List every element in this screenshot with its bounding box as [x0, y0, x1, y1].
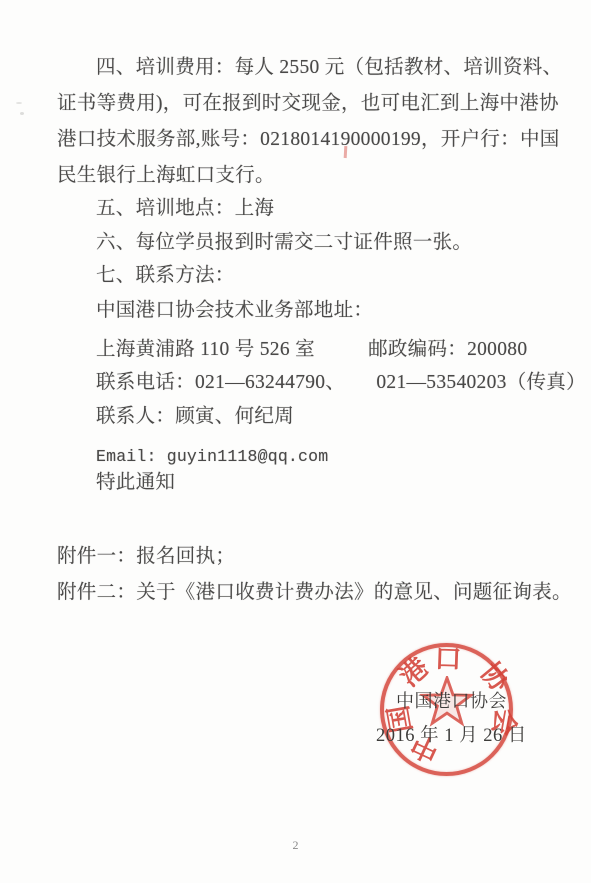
- attachment-line: 附件二：关于《港口收费计费办法》的意见、问题征询表。: [57, 581, 572, 605]
- phone-number-text: 联系电话：021—63244790、: [96, 372, 345, 393]
- address-line: 上海黄浦路 110 号 526 室 邮政编码：200080: [96, 338, 527, 362]
- page-number: 2: [0, 838, 591, 853]
- address-text: 上海黄浦路 110 号 526 室: [96, 339, 315, 360]
- fax-number-text: 021—53540203（传真）: [376, 372, 586, 393]
- phone-line: 联系电话：021—63244790、 021—53540203（传真）: [96, 371, 586, 395]
- seal-org-name: 中国港口协会: [396, 687, 507, 713]
- email-line: Email: guyin1118@qq.com: [96, 445, 328, 469]
- scan-artifact: [344, 146, 347, 158]
- body-line: 五、培训地点：上海: [96, 197, 274, 221]
- seal-character: 口: [430, 641, 465, 676]
- body-line: 六、每位学员报到时需交二寸证件照一张。: [96, 231, 472, 255]
- attachment-line: 附件一：报名回执；: [57, 545, 235, 569]
- scanned-notice-page: 四、培训费用：每人 2550 元（包括教材、培训资料、 证书等费用)，可在报到时…: [0, 0, 591, 883]
- body-line: 民生银行上海虹口支行。: [57, 164, 275, 188]
- body-line: 七、联系方法：: [96, 264, 235, 288]
- body-line: 四、培训费用：每人 2550 元（包括教材、培训资料、: [96, 56, 562, 80]
- scan-artifact: [20, 112, 24, 115]
- body-line: 证书等费用)，可在报到时交现金，也可电汇到上海中港协: [57, 92, 559, 116]
- closing-line: 特此通知: [96, 471, 175, 495]
- scan-artifact: [16, 102, 22, 104]
- seal-date: 2016 年 1 月 26 日: [376, 721, 527, 747]
- body-line: 中国港口协会技术业务部地址：: [96, 299, 373, 323]
- contact-line: 联系人：顾寅、何纪周: [96, 405, 294, 429]
- body-line: 港口技术服务部,账号：0218014190000199，开户行：中国: [57, 128, 560, 152]
- postal-code-text: 邮政编码：200080: [368, 339, 527, 360]
